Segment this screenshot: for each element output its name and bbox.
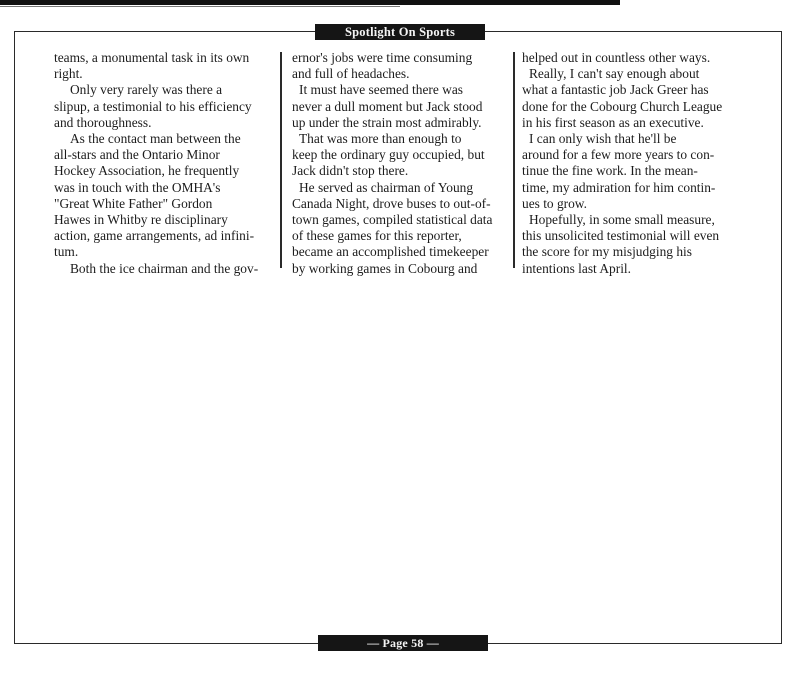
text-line: done for the Cobourg Church League: [522, 99, 762, 115]
text-line: He served as chairman of Young: [292, 180, 506, 196]
page-number-banner: — Page 58 —: [318, 635, 488, 651]
scan-edge-line: [0, 6, 400, 7]
paragraph: As the contact man between theall-stars …: [54, 131, 266, 261]
text-line: became an accomplished timekeeper: [292, 244, 506, 260]
text-line: Hopefully, in some small measure,: [522, 212, 762, 228]
paragraph: Both the ice chairman and the gov-: [54, 261, 266, 277]
article-column-1: teams, a monumental task in its ownright…: [54, 50, 266, 277]
text-line: time, my admiration for him contin-: [522, 180, 762, 196]
text-line: this unsolicited testimonial will even: [522, 228, 762, 244]
article-column-2: ernor's jobs were time consumingand full…: [292, 50, 506, 277]
text-line: town games, compiled statistical data: [292, 212, 506, 228]
text-line: tum.: [54, 244, 266, 260]
text-line: was in touch with the OMHA's: [54, 180, 266, 196]
text-line: slipup, a testimonial to his efficiency: [54, 99, 266, 115]
text-line: As the contact man between the: [54, 131, 266, 147]
text-line: Jack didn't stop there.: [292, 163, 506, 179]
text-line: ues to grow.: [522, 196, 762, 212]
text-line: Really, I can't say enough about: [522, 66, 762, 82]
text-line: Canada Night, drove buses to out-of-: [292, 196, 506, 212]
text-line: intentions last April.: [522, 261, 762, 277]
text-line: helped out in countless other ways.: [522, 50, 762, 66]
text-line: the score for my misjudging his: [522, 244, 762, 260]
text-line: tinue the fine work. In the mean-: [522, 163, 762, 179]
paragraph: Only very rarely was there aslipup, a te…: [54, 82, 266, 131]
text-line: Hawes in Whitby re disciplinary: [54, 212, 266, 228]
text-line: ernor's jobs were time consuming: [292, 50, 506, 66]
text-line: teams, a monumental task in its own: [54, 50, 266, 66]
paragraph: I can only wish that he'll bearound for …: [522, 131, 762, 212]
text-line: what a fantastic job Jack Greer has: [522, 82, 762, 98]
paragraph: ernor's jobs were time consumingand full…: [292, 50, 506, 82]
text-line: around for a few more years to con-: [522, 147, 762, 163]
text-line: That was more than enough to: [292, 131, 506, 147]
paragraph: helped out in countless other ways.: [522, 50, 762, 66]
paragraph: That was more than enough tokeep the ord…: [292, 131, 506, 180]
text-line: right.: [54, 66, 266, 82]
text-line: Only very rarely was there a: [54, 82, 266, 98]
column-divider-1: [280, 52, 282, 268]
text-line: keep the ordinary guy occupied, but: [292, 147, 506, 163]
scan-edge-bar: [0, 0, 620, 5]
paragraph: teams, a monumental task in its ownright…: [54, 50, 266, 82]
paragraph: Really, I can't say enough aboutwhat a f…: [522, 66, 762, 131]
text-line: by working games in Cobourg and: [292, 261, 506, 277]
column-divider-2: [513, 52, 515, 268]
text-line: action, game arrangements, ad infini-: [54, 228, 266, 244]
article-column-3: helped out in countless other ways.Reall…: [522, 50, 762, 277]
text-line: never a dull moment but Jack stood: [292, 99, 506, 115]
text-line: Hockey Association, he frequently: [54, 163, 266, 179]
paragraph: He served as chairman of YoungCanada Nig…: [292, 180, 506, 277]
text-line: and full of headaches.: [292, 66, 506, 82]
paragraph: Hopefully, in some small measure,this un…: [522, 212, 762, 277]
paragraph: It must have seemed there wasnever a dul…: [292, 82, 506, 131]
text-line: It must have seemed there was: [292, 82, 506, 98]
text-line: in his first season as an executive.: [522, 115, 762, 131]
text-line: "Great White Father" Gordon: [54, 196, 266, 212]
text-line: I can only wish that he'll be: [522, 131, 762, 147]
section-title-banner: Spotlight On Sports: [315, 24, 485, 40]
text-line: all-stars and the Ontario Minor: [54, 147, 266, 163]
text-line: Both the ice chairman and the gov-: [54, 261, 266, 277]
text-line: and thoroughness.: [54, 115, 266, 131]
text-line: of these games for this reporter,: [292, 228, 506, 244]
text-line: up under the strain most admirably.: [292, 115, 506, 131]
